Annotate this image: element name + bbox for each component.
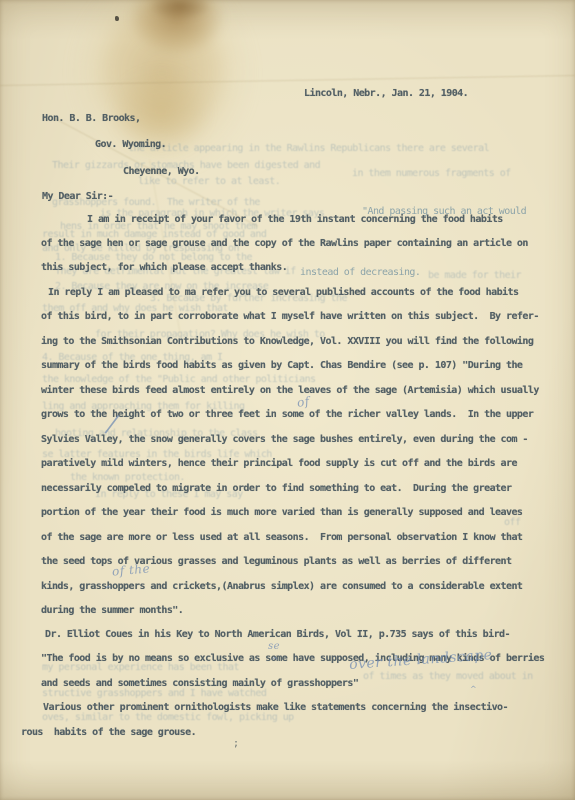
- body-line: during the summer months".: [41, 605, 183, 617]
- recipient-name: Hon. B. B. Brooks,: [42, 113, 140, 125]
- dateline: Lincoln, Nebr., Jan. 21, 1904.: [304, 88, 468, 100]
- ghost-line: be made for their: [428, 270, 521, 282]
- ghost-line: the article appearing in the Rawlins Rep…: [128, 143, 489, 155]
- inserted-of-the: of the: [111, 561, 150, 578]
- inserted-se: se: [268, 641, 280, 652]
- body-line: paratively mild winters, hence their pri…: [41, 458, 517, 470]
- inserted-of: of: [296, 394, 310, 410]
- body-line: and seeds and sometimes consisting mainl…: [41, 678, 358, 690]
- body-line: Dr. Elliot Coues in his Key to North Ame…: [45, 629, 510, 641]
- ghost-line: in them numerous fragments of: [352, 168, 511, 180]
- body-line: In reply I am pleased to ma refer you to…: [48, 287, 518, 299]
- body-line: of the sage are more or less used at all…: [41, 532, 522, 544]
- water-stain-top-edge: [148, 0, 212, 20]
- body-line: of this bird, to in part corroborate wha…: [41, 311, 539, 323]
- body-line: summary of the birds food habits as give…: [41, 360, 522, 372]
- body-line: I am in receipt of your favor of the 19t…: [87, 214, 503, 226]
- body-line: ing to the Smithsonian Contributions to …: [41, 336, 533, 348]
- body-line: portion of the year their food is much m…: [41, 507, 522, 519]
- note-over-the-landscape: over the landscape: [349, 647, 493, 673]
- body-line: Various other prominent ornithologists m…: [43, 702, 508, 714]
- caret-mark: ^: [470, 685, 477, 694]
- paper-crease: [0, 75, 575, 86]
- body-line: rous habits of the sage grouse.: [21, 727, 196, 739]
- body-line: winter these birds feed almost entirely …: [41, 385, 539, 397]
- stray-mark: ;: [233, 738, 239, 749]
- scanned-letter-page: { "page": { "width": 575, "height": 800,…: [0, 0, 575, 800]
- body-line: kinds, grasshoppers and crickets,(Anabru…: [41, 581, 522, 593]
- ink-fleck: [115, 16, 119, 21]
- recipient-city: Cheyenne, Wyo.: [123, 166, 200, 178]
- letter-paper: the article appearing in the Rawlins Rep…: [0, 0, 575, 800]
- body-line: necessarily compeled to migrate in order…: [41, 483, 511, 495]
- body-line: of the sage hen or sage grouse and the c…: [41, 238, 528, 250]
- recipient-title: Gov. Wyoming.: [95, 139, 166, 151]
- caret-mark: ^: [104, 585, 113, 596]
- salutation: My Dear Sir:-: [42, 191, 113, 203]
- caret-mark: ^: [271, 657, 279, 667]
- ghost-line: of times as they moved about in: [363, 671, 533, 683]
- body-line: this subject, for which please accept th…: [41, 262, 287, 274]
- water-stain-dark-core: [128, 0, 226, 56]
- ghost-line: instead of decreasing.: [300, 267, 420, 279]
